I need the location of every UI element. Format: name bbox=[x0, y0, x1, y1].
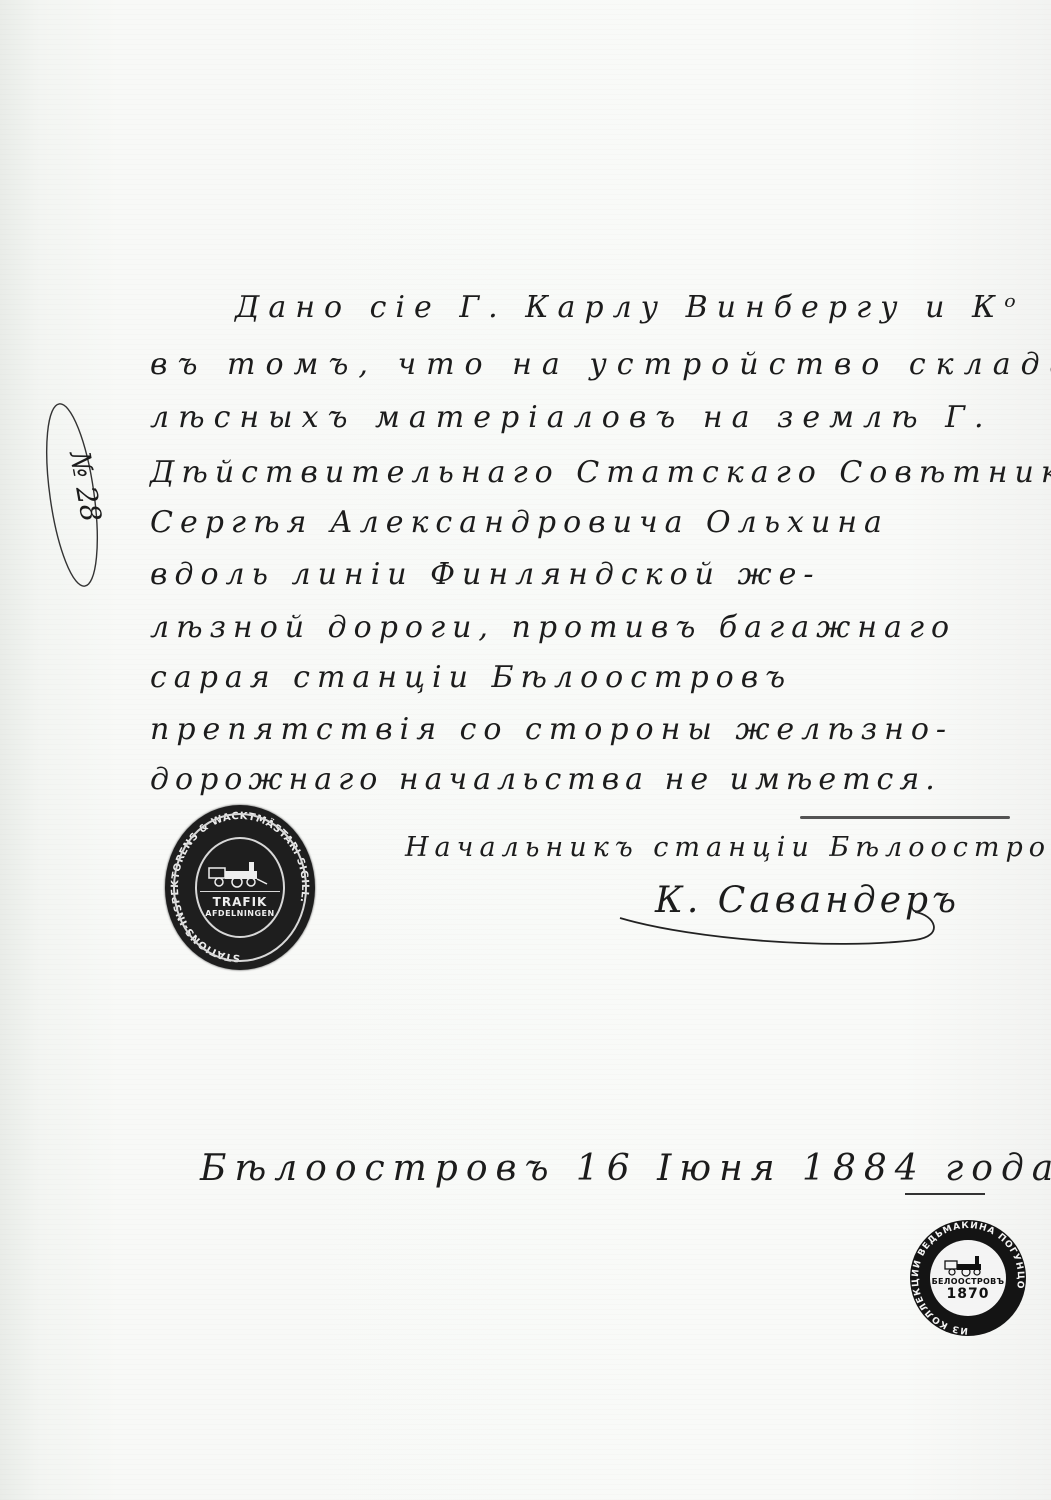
station-seal: STATIONS-INSPEKTORENS & WACKTMÄSTARI SIG… bbox=[165, 805, 315, 970]
seal-center-line2: AFDELNINGEN bbox=[205, 909, 274, 918]
date-underline bbox=[905, 1193, 985, 1195]
body-line: Дѣйствительнаго Статскаго Совѣтника bbox=[150, 455, 1051, 490]
locomotive-icon bbox=[205, 860, 275, 888]
logo-center-line2: 1870 bbox=[947, 1286, 990, 1302]
closing-flourish bbox=[800, 816, 1010, 819]
body-line: лѣзной дороги, противъ багажнаго bbox=[150, 610, 956, 645]
body-line: сарая станціи Бѣлоостровъ bbox=[150, 660, 792, 695]
date-line: Бѣлоостровъ 16 Іюня 1884 года bbox=[200, 1148, 1051, 1189]
seal-center-line1: TRAFIK bbox=[213, 895, 268, 909]
signer-title: Начальникъ станціи Бѣлоостровъ bbox=[405, 832, 1051, 863]
document-paper bbox=[0, 0, 1051, 1500]
locomotive-icon bbox=[942, 1255, 994, 1277]
body-line: вдоль линіи Финляндской же- bbox=[150, 557, 821, 592]
body-line: въ томъ, что на устройство склада bbox=[150, 347, 1051, 382]
body-line: препятствія со стороны желѣзно- bbox=[150, 712, 953, 747]
body-line: лѣсныхъ матеріаловъ на землѣ Г. bbox=[150, 400, 993, 435]
margin-registry-number: № 28 bbox=[40, 400, 110, 600]
logo-center-line1: БЕЛООСТРОВЪ bbox=[932, 1277, 1005, 1286]
body-line: Сергѣя Александровича Ольхина bbox=[150, 505, 889, 540]
body-line: Дано сіе Г. Карлу Винбергу и Кᵒ bbox=[235, 290, 1025, 325]
collection-logo: ИЗ КОЛЛЕКЦИИ ВЕДЬМАКИНА ПОГУНЦО БЕЛООСТР… bbox=[910, 1220, 1026, 1336]
signature-swash-icon bbox=[615, 910, 945, 950]
body-line: дорожнаго начальства не имѣется. bbox=[150, 762, 941, 797]
